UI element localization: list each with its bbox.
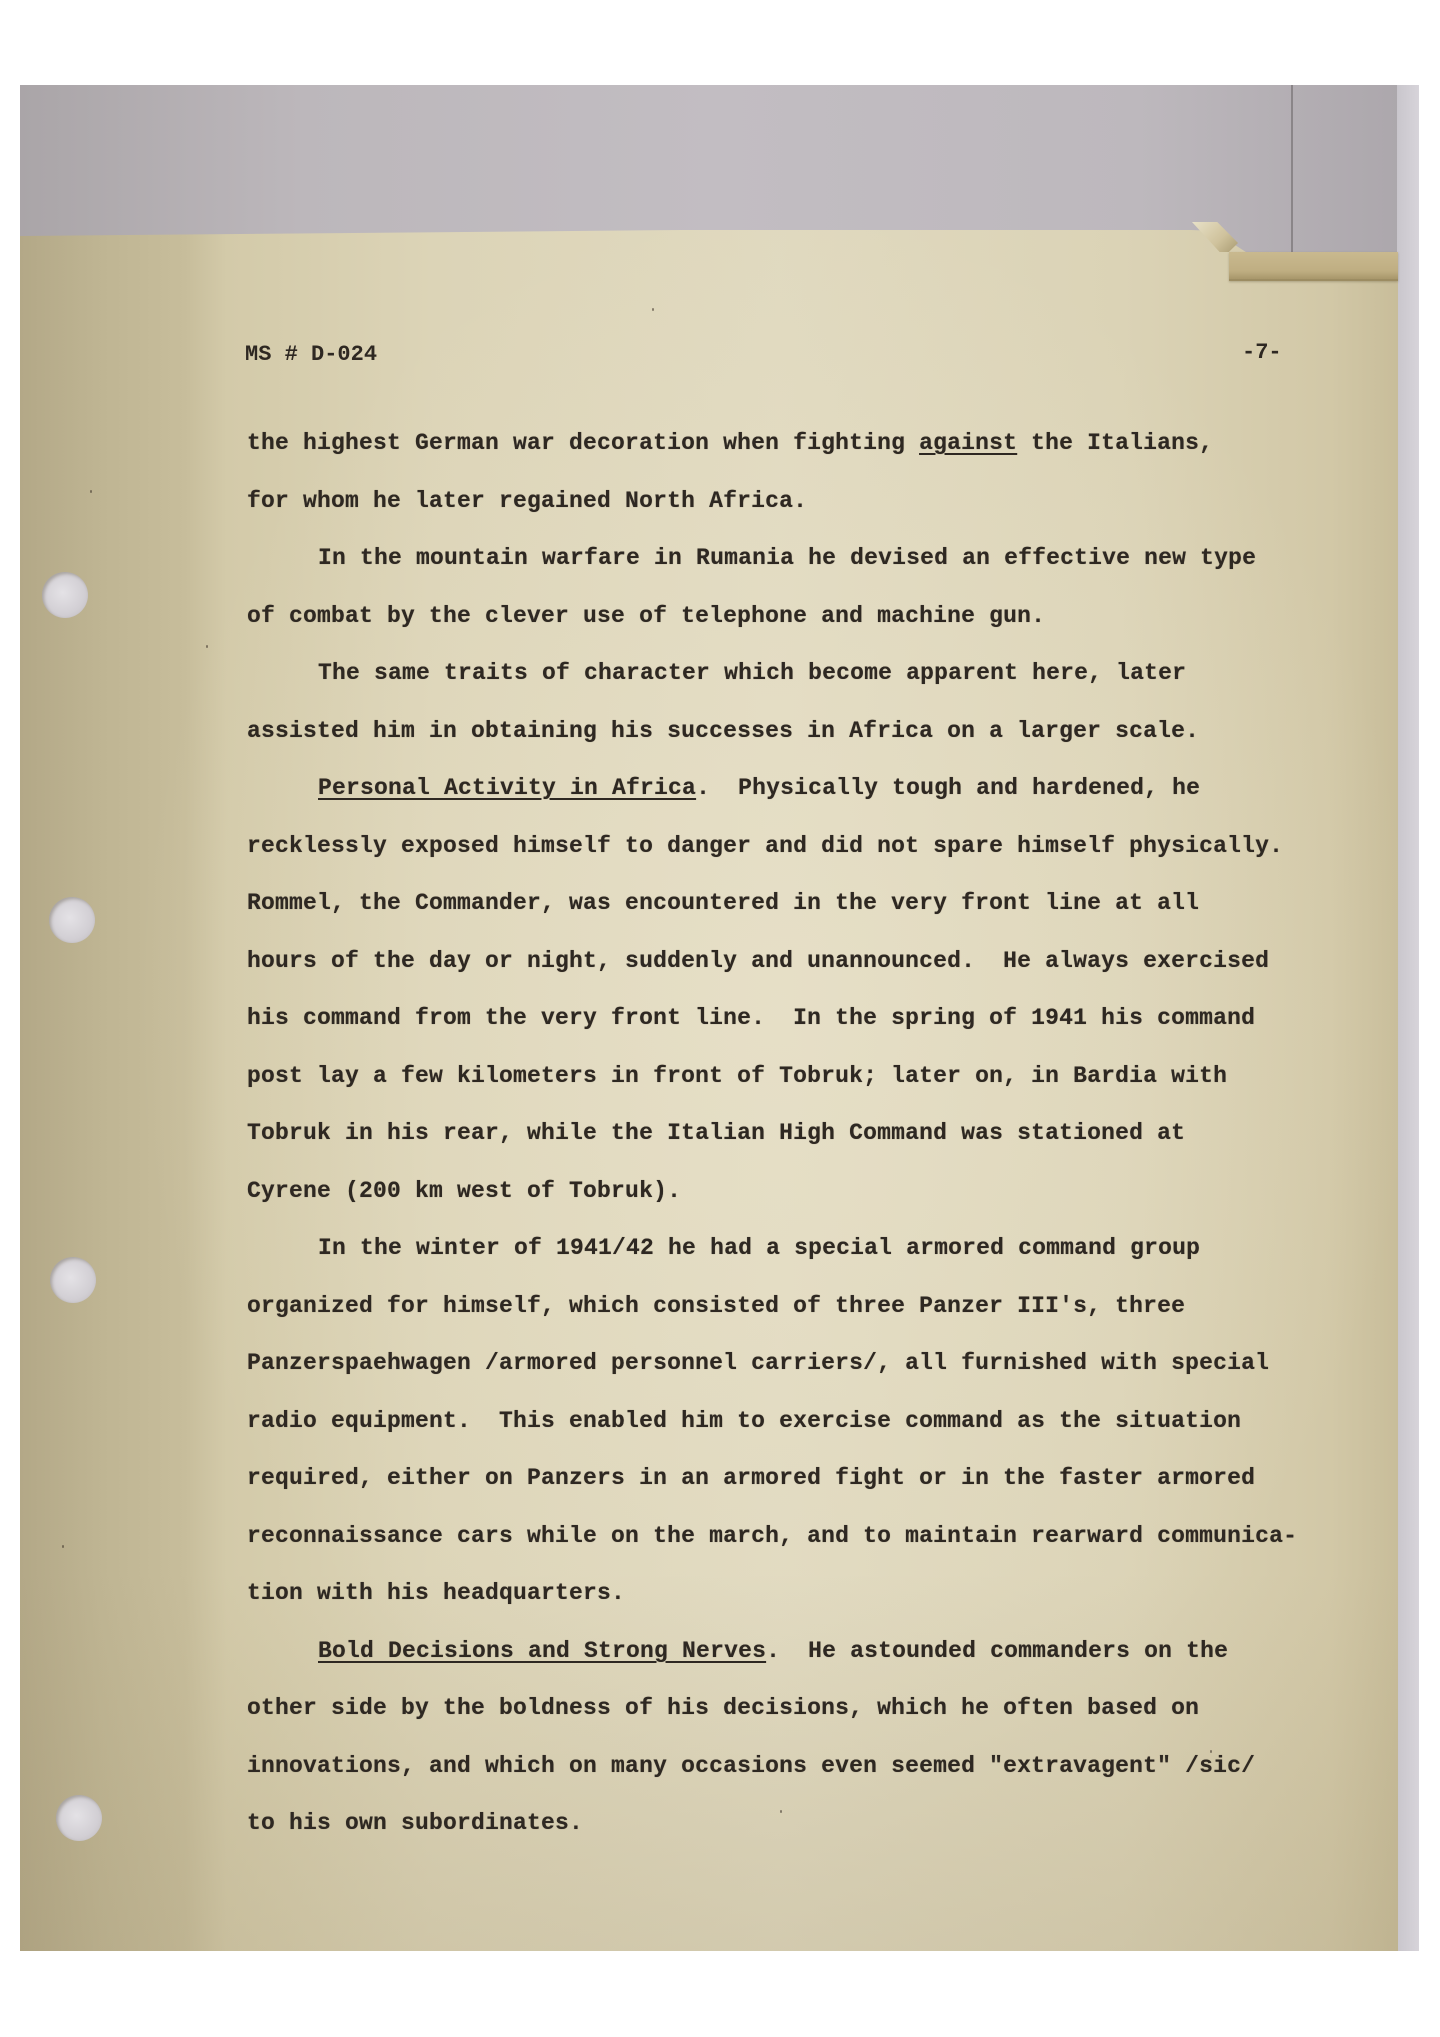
- underlined-heading: Personal Activity in Africa: [318, 775, 696, 801]
- text-line: innovations, and which on many occasions…: [247, 1751, 1255, 1781]
- text-line: Bold Decisions and Strong Nerves. He ast…: [318, 1636, 1228, 1666]
- text-line: post lay a few kilometers in front of To…: [247, 1061, 1227, 1091]
- text-segment: the Italians,: [1017, 430, 1213, 456]
- text-segment: radio equipment. This enabled him to exe…: [247, 1408, 1241, 1434]
- text-segment: of combat by the clever use of telephone…: [247, 603, 1045, 629]
- text-line: reconnaissance cars while on the march, …: [247, 1521, 1297, 1551]
- binder-hole-icon: [56, 1795, 102, 1841]
- text-segment: In the mountain warfare in Rumania he de…: [318, 545, 1256, 571]
- paper-speck: [652, 308, 654, 311]
- text-segment: assisted him in obtaining his successes …: [247, 718, 1199, 744]
- underlined-heading: Bold Decisions and Strong Nerves: [318, 1638, 766, 1664]
- text-line: of combat by the clever use of telephone…: [247, 601, 1045, 631]
- text-segment: . Physically tough and hardened, he: [696, 775, 1200, 801]
- text-line: In the mountain warfare in Rumania he de…: [318, 543, 1256, 573]
- document-photo: MS # D-024 -7- the highest German war de…: [20, 85, 1419, 1951]
- binder-hole-icon: [50, 1257, 96, 1303]
- text-line: tion with his headquarters.: [247, 1578, 625, 1608]
- paper-speck: [62, 1545, 64, 1548]
- text-segment: Tobruk in his rear, while the Italian Hi…: [247, 1120, 1185, 1146]
- text-segment: Cyrene (200 km west of Tobruk).: [247, 1178, 681, 1204]
- text-line: Cyrene (200 km west of Tobruk).: [247, 1176, 681, 1206]
- text-line: Panzerspaehwagen /armored personnel carr…: [247, 1348, 1269, 1378]
- paper-speck: [206, 645, 208, 648]
- page-number: -7-: [1242, 338, 1282, 368]
- text-line: required, either on Panzers in an armore…: [247, 1463, 1255, 1493]
- backdrop-right-edge: [1397, 85, 1419, 1951]
- text-segment: tion with his headquarters.: [247, 1580, 625, 1606]
- text-line: In the winter of 1941/42 he had a specia…: [318, 1233, 1200, 1263]
- text-segment: post lay a few kilometers in front of To…: [247, 1063, 1227, 1089]
- text-segment: Panzerspaehwagen /armored personnel carr…: [247, 1350, 1269, 1376]
- text-line: to his own subordinates.: [247, 1808, 583, 1838]
- text-segment: innovations, and which on many occasions…: [247, 1753, 1255, 1779]
- text-segment: . He astounded commanders on the: [766, 1638, 1228, 1664]
- text-segment: In the winter of 1941/42 he had a specia…: [318, 1235, 1200, 1261]
- text-line: his command from the very front line. In…: [247, 1003, 1255, 1033]
- binder-hole-icon: [42, 572, 88, 618]
- text-segment: for whom he later regained North Africa.: [247, 488, 807, 514]
- paper-speck: [90, 490, 92, 493]
- text-segment: other side by the boldness of his decisi…: [247, 1695, 1199, 1721]
- text-segment: The same traits of character which becom…: [318, 660, 1186, 686]
- text-line: The same traits of character which becom…: [318, 658, 1186, 688]
- text-segment: to his own subordinates.: [247, 1810, 583, 1836]
- paper-speck: [780, 1810, 782, 1813]
- text-segment: his command from the very front line. In…: [247, 1005, 1255, 1031]
- text-segment: the highest German war decoration when f…: [247, 430, 919, 456]
- underlined-heading: against: [919, 430, 1017, 456]
- text-segment: organized for himself, which consisted o…: [247, 1293, 1185, 1319]
- binder-hole-icon: [49, 897, 95, 943]
- text-segment: required, either on Panzers in an armore…: [247, 1465, 1255, 1491]
- text-segment: reconnaissance cars while on the march, …: [247, 1523, 1297, 1549]
- text-line: Personal Activity in Africa. Physically …: [318, 773, 1200, 803]
- text-segment: hours of the day or night, suddenly and …: [247, 948, 1269, 974]
- text-line: other side by the boldness of his decisi…: [247, 1693, 1199, 1723]
- text-line: radio equipment. This enabled him to exe…: [247, 1406, 1241, 1436]
- text-line: for whom he later regained North Africa.: [247, 486, 807, 516]
- text-line: Rommel, the Commander, was encountered i…: [247, 888, 1199, 918]
- text-line: hours of the day or night, suddenly and …: [247, 946, 1269, 976]
- text-line: recklessly exposed himself to danger and…: [247, 831, 1283, 861]
- backdrop-divider-line: [1291, 85, 1293, 252]
- ms-number: MS # D-024: [245, 340, 377, 370]
- text-line: the highest German war decoration when f…: [247, 428, 1213, 458]
- text-line: assisted him in obtaining his successes …: [247, 716, 1199, 746]
- text-line: Tobruk in his rear, while the Italian Hi…: [247, 1118, 1185, 1148]
- text-segment: recklessly exposed himself to danger and…: [247, 833, 1283, 859]
- tape-strip: [1229, 252, 1398, 281]
- text-segment: Rommel, the Commander, was encountered i…: [247, 890, 1199, 916]
- text-line: organized for himself, which consisted o…: [247, 1291, 1185, 1321]
